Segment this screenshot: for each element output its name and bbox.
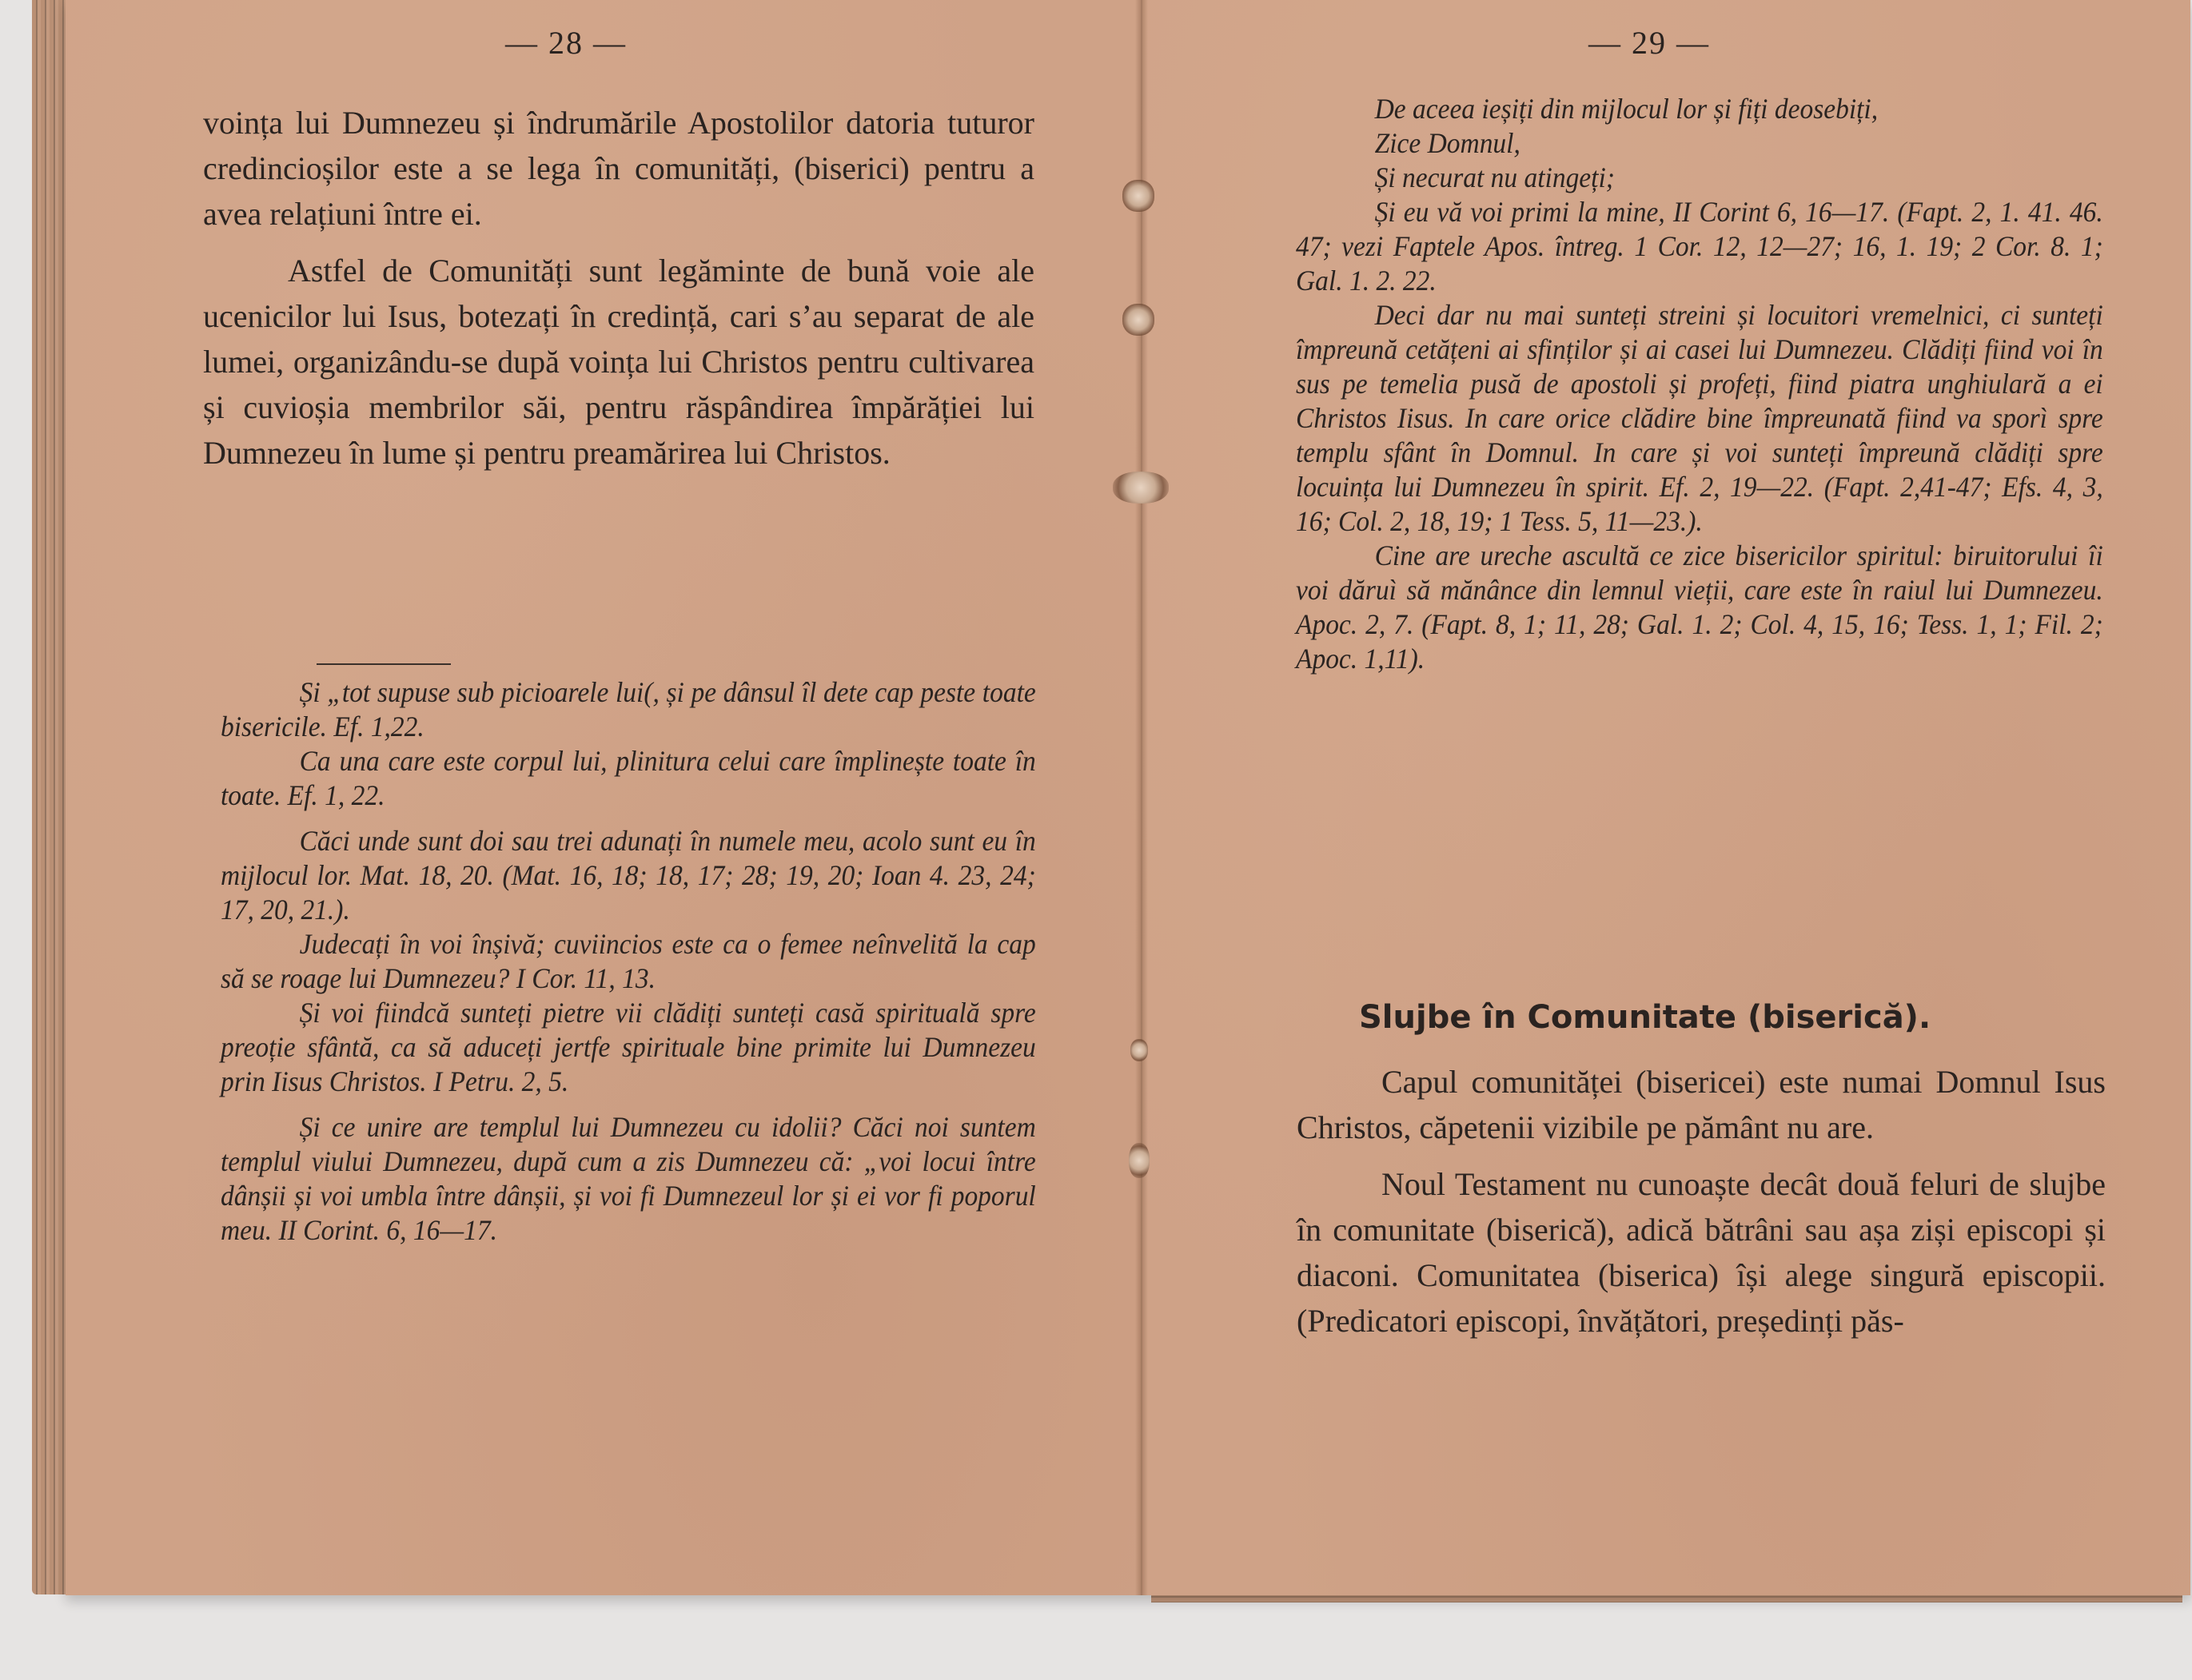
body-paragraph: Capul comunităței (bisericei) este numai… (1297, 1059, 2106, 1150)
section-heading: Slujbe în Comunitate (biserică). (1359, 999, 1931, 1036)
page-number-left: — 28 — (505, 24, 627, 62)
body-paragraph: voința lui Dumnezeu și îndrumările Apost… (203, 100, 1034, 237)
body-paragraph: Astfel de Comunități sunt legăminte de b… (203, 248, 1034, 476)
verse-line: De aceea ieșiți din mijlocul lor și fiți… (1296, 92, 2103, 126)
right-page: — 29 — De aceea ieșiți din mijlocul lor … (1141, 0, 2190, 1595)
binding-staple-hole (1122, 304, 1154, 336)
left-footnotes: Și „tot supuse sub picioarele lui(, și p… (221, 675, 1036, 1248)
book-spine-fold (1135, 0, 1148, 1595)
verse-line: Și eu vă voi primi la mine, II Corint 6,… (1296, 195, 2103, 298)
body-paragraph: Noul Testament nu cunoaște decât două fe… (1297, 1161, 2106, 1344)
binding-staple-hole (1130, 1039, 1148, 1061)
left-body: voința lui Dumnezeu și îndrumările Apost… (203, 100, 1034, 476)
book-spread: — 28 — voința lui Dumnezeu și îndrumăril… (66, 0, 2190, 1595)
verse-line: Zice Domnul, (1296, 126, 2103, 161)
right-verses: De aceea ieșiți din mijlocul lor și fiți… (1296, 92, 2103, 676)
binding-staple-hole (1129, 1143, 1150, 1178)
footnote: Și „tot supuse sub picioarele lui(, și p… (221, 675, 1036, 744)
right-body: Capul comunităței (bisericei) este numai… (1297, 1059, 2106, 1344)
footnote: Căci unde sunt doi sau trei adunați în n… (221, 824, 1036, 927)
italic-paragraph: Cine are ureche ascultă ce zice biserici… (1296, 539, 2103, 676)
italic-paragraph: Deci dar nu mai sunteți streini și locui… (1296, 298, 2103, 539)
verse-line: Și necurat nu atingeți; (1296, 161, 2103, 195)
footnote: Judecați în voi înșivă; cuviincios este … (221, 927, 1036, 996)
binding-tear (1113, 472, 1169, 504)
page-number-right: — 29 — (1588, 24, 1710, 62)
footnote: Ca una care este corpul lui, plinitura c… (221, 744, 1036, 813)
footnote: Și ce unire are templul lui Dumnezeu cu … (221, 1110, 1036, 1248)
footnote-separator (317, 663, 451, 665)
left-page: — 28 — voința lui Dumnezeu și îndrumăril… (66, 0, 1141, 1595)
footnote: Și voi fiindcă sunteți pietre vii clădiț… (221, 996, 1036, 1099)
binding-staple-hole (1122, 180, 1154, 212)
